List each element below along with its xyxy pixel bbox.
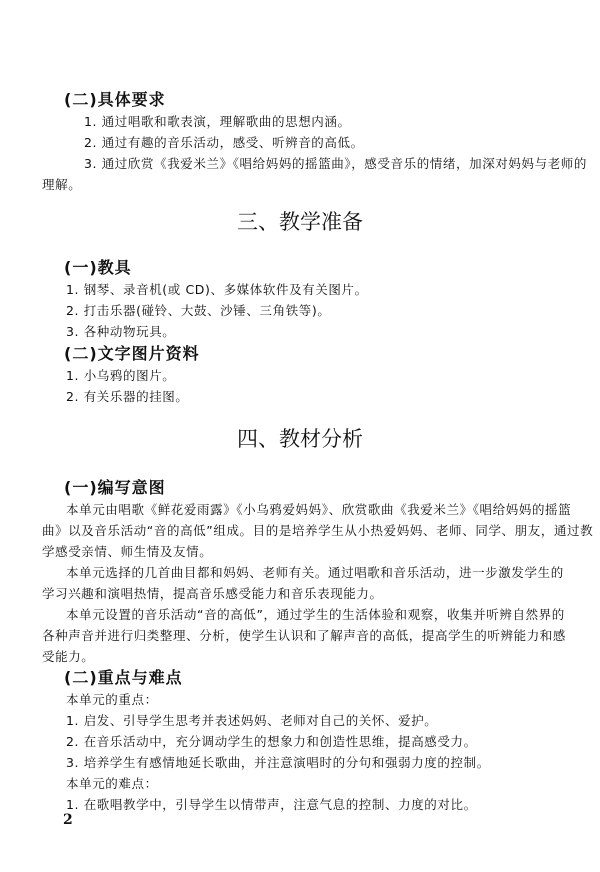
subheading-specific-requirements: (二)具体要求: [64, 90, 166, 110]
requirement-line-1: 1. 通过唱歌和歌表演，理解歌曲的思想内涵。: [84, 113, 351, 131]
intent-line-5: 学习兴趣和演唱热情，提高音乐感受能力和音乐表现能力。: [42, 585, 383, 603]
requirement-line-2: 2. 通过有趣的音乐活动，感受、听辨音的高低。: [84, 134, 364, 152]
intent-line-7: 各种声音并进行归类整理、分析，使学生认识和了解声音的高低，提高学生的听辨能力和感: [42, 627, 566, 645]
difficult-point-item-1: 1. 在歌唱教学中，引导学生以情带声，注意气息的控制、力度的对比。: [66, 796, 477, 814]
intent-line-8: 受能力。: [42, 648, 94, 666]
section-title-teaching-preparation: 三、教学准备: [0, 209, 600, 235]
page-number: 2: [63, 812, 73, 828]
subheading-key-and-difficult-points: (二)重点与难点: [64, 668, 183, 688]
intent-line-3: 学感受亲情、师生情及友情。: [42, 543, 212, 561]
intent-line-1: 本单元由唱歌《鲜花爱雨露》《小乌鸦爱妈妈》、欣赏歌曲《我爱米兰》《唱给妈妈的摇篮: [66, 501, 571, 519]
subheading-writing-intent: (一)编写意图: [64, 478, 166, 498]
key-point-item-3: 3. 培养学生有感情地延长歌曲，并注意演唱时的分句和强弱力度的控制。: [66, 754, 490, 772]
subheading-text-image-materials: (二)文字图片资料: [64, 344, 200, 364]
requirement-line-3: 3. 通过欣赏《我爱米兰》《唱给妈妈的摇篮曲》，感受音乐的情绪，加深对妈妈与老师…: [84, 155, 587, 173]
difficult-points-label: 本单元的难点：: [66, 775, 158, 793]
key-point-item-1: 1. 启发、引导学生思考并表述妈妈、老师对自己的关怀、爱护。: [66, 712, 437, 730]
section-title-material-analysis: 四、教材分析: [0, 426, 600, 452]
teaching-aid-item-1: 1. 钢琴、录音机(或 CD)、多媒体软件及有关图片。: [66, 281, 368, 299]
teaching-aid-item-2: 2. 打击乐器(碰铃、大鼓、沙锤、三角铁等)。: [66, 302, 330, 320]
teaching-aid-item-3: 3. 各种动物玩具。: [66, 323, 175, 341]
intent-line-4: 本单元选择的几首曲目都和妈妈、老师有关。通过唱歌和音乐活动，进一步激发学生的: [66, 564, 564, 582]
requirement-line-3-cont: 理解。: [42, 176, 81, 194]
key-points-label: 本单元的重点：: [66, 691, 158, 709]
document-page: (二)具体要求 1. 通过唱歌和歌表演，理解歌曲的思想内涵。 2. 通过有趣的音…: [0, 0, 600, 872]
key-point-item-2: 2. 在音乐活动中，充分调动学生的想象力和创造性思维，提高感受力。: [66, 733, 477, 751]
intent-line-6: 本单元设置的音乐活动“音的高低”，通过学生的生活体验和观察，收集并听辨自然界的: [66, 606, 565, 624]
intent-line-2: 曲》以及音乐活动“音的高低”组成。目的是培养学生从小热爱妈妈、老师、同学、朋友，…: [42, 522, 593, 540]
material-item-1: 1. 小乌鸦的图片。: [66, 367, 175, 385]
subheading-teaching-aids: (一)教具: [64, 258, 132, 278]
material-item-2: 2. 有关乐器的挂图。: [66, 388, 189, 406]
